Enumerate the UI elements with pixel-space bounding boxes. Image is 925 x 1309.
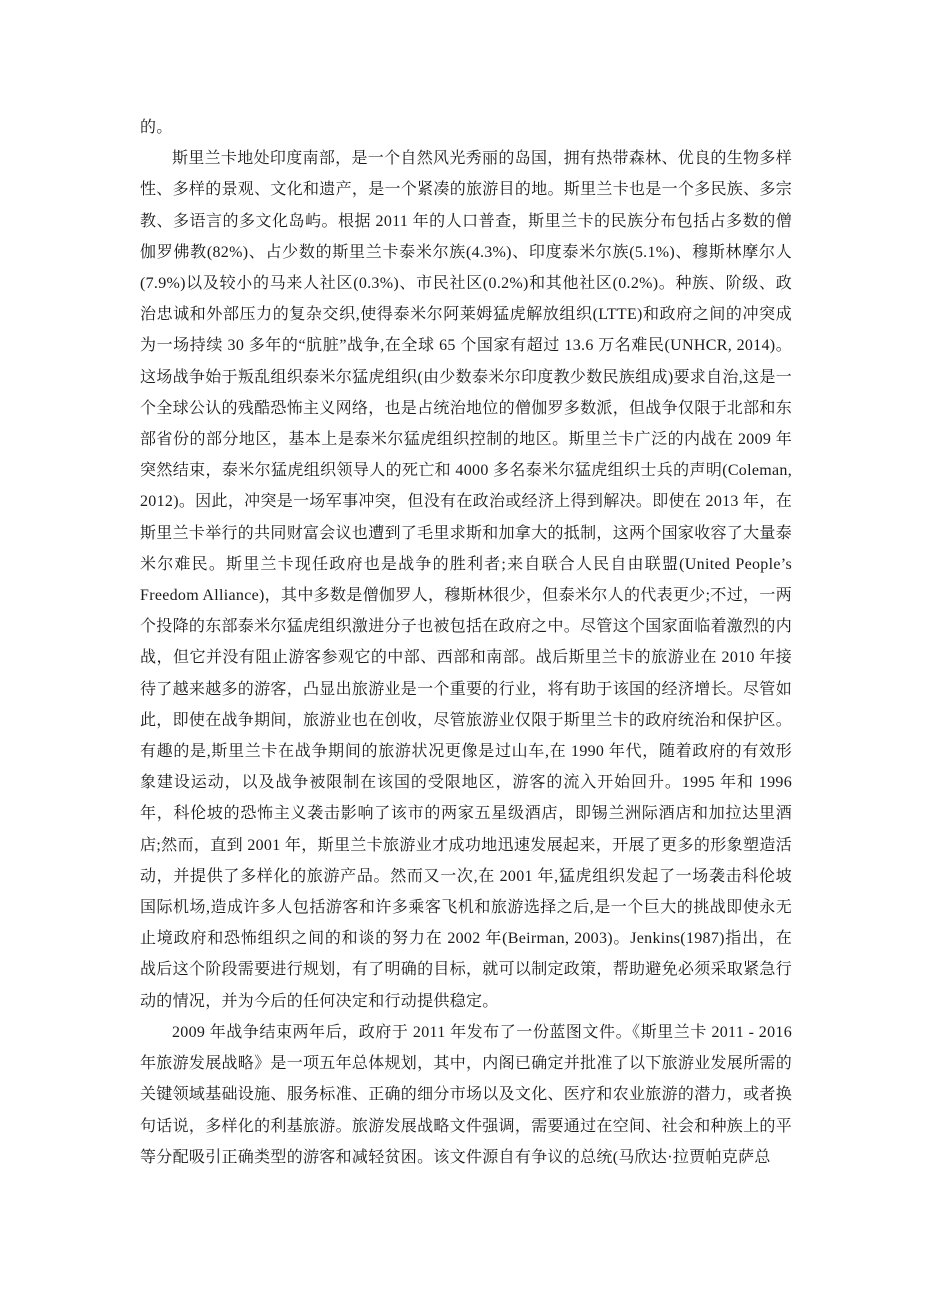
document-page: 的。 斯里兰卡地处印度南部，是一个自然风光秀丽的岛国，拥有热带森林、优良的生物多… bbox=[0, 0, 925, 1309]
document-body-text: 的。 斯里兰卡地处印度南部，是一个自然风光秀丽的岛国，拥有热带森林、优良的生物多… bbox=[140, 112, 792, 1173]
paragraph-tourism-blueprint: 2009 年战争结束两年后，政府于 2011 年发布了一份蓝图文件。《斯里兰卡 … bbox=[140, 1017, 792, 1173]
paragraph-fragment: 的。 bbox=[140, 112, 792, 143]
paragraph-srilanka-background: 斯里兰卡地处印度南部，是一个自然风光秀丽的岛国，拥有热带森林、优良的生物多样性、… bbox=[140, 143, 792, 1017]
